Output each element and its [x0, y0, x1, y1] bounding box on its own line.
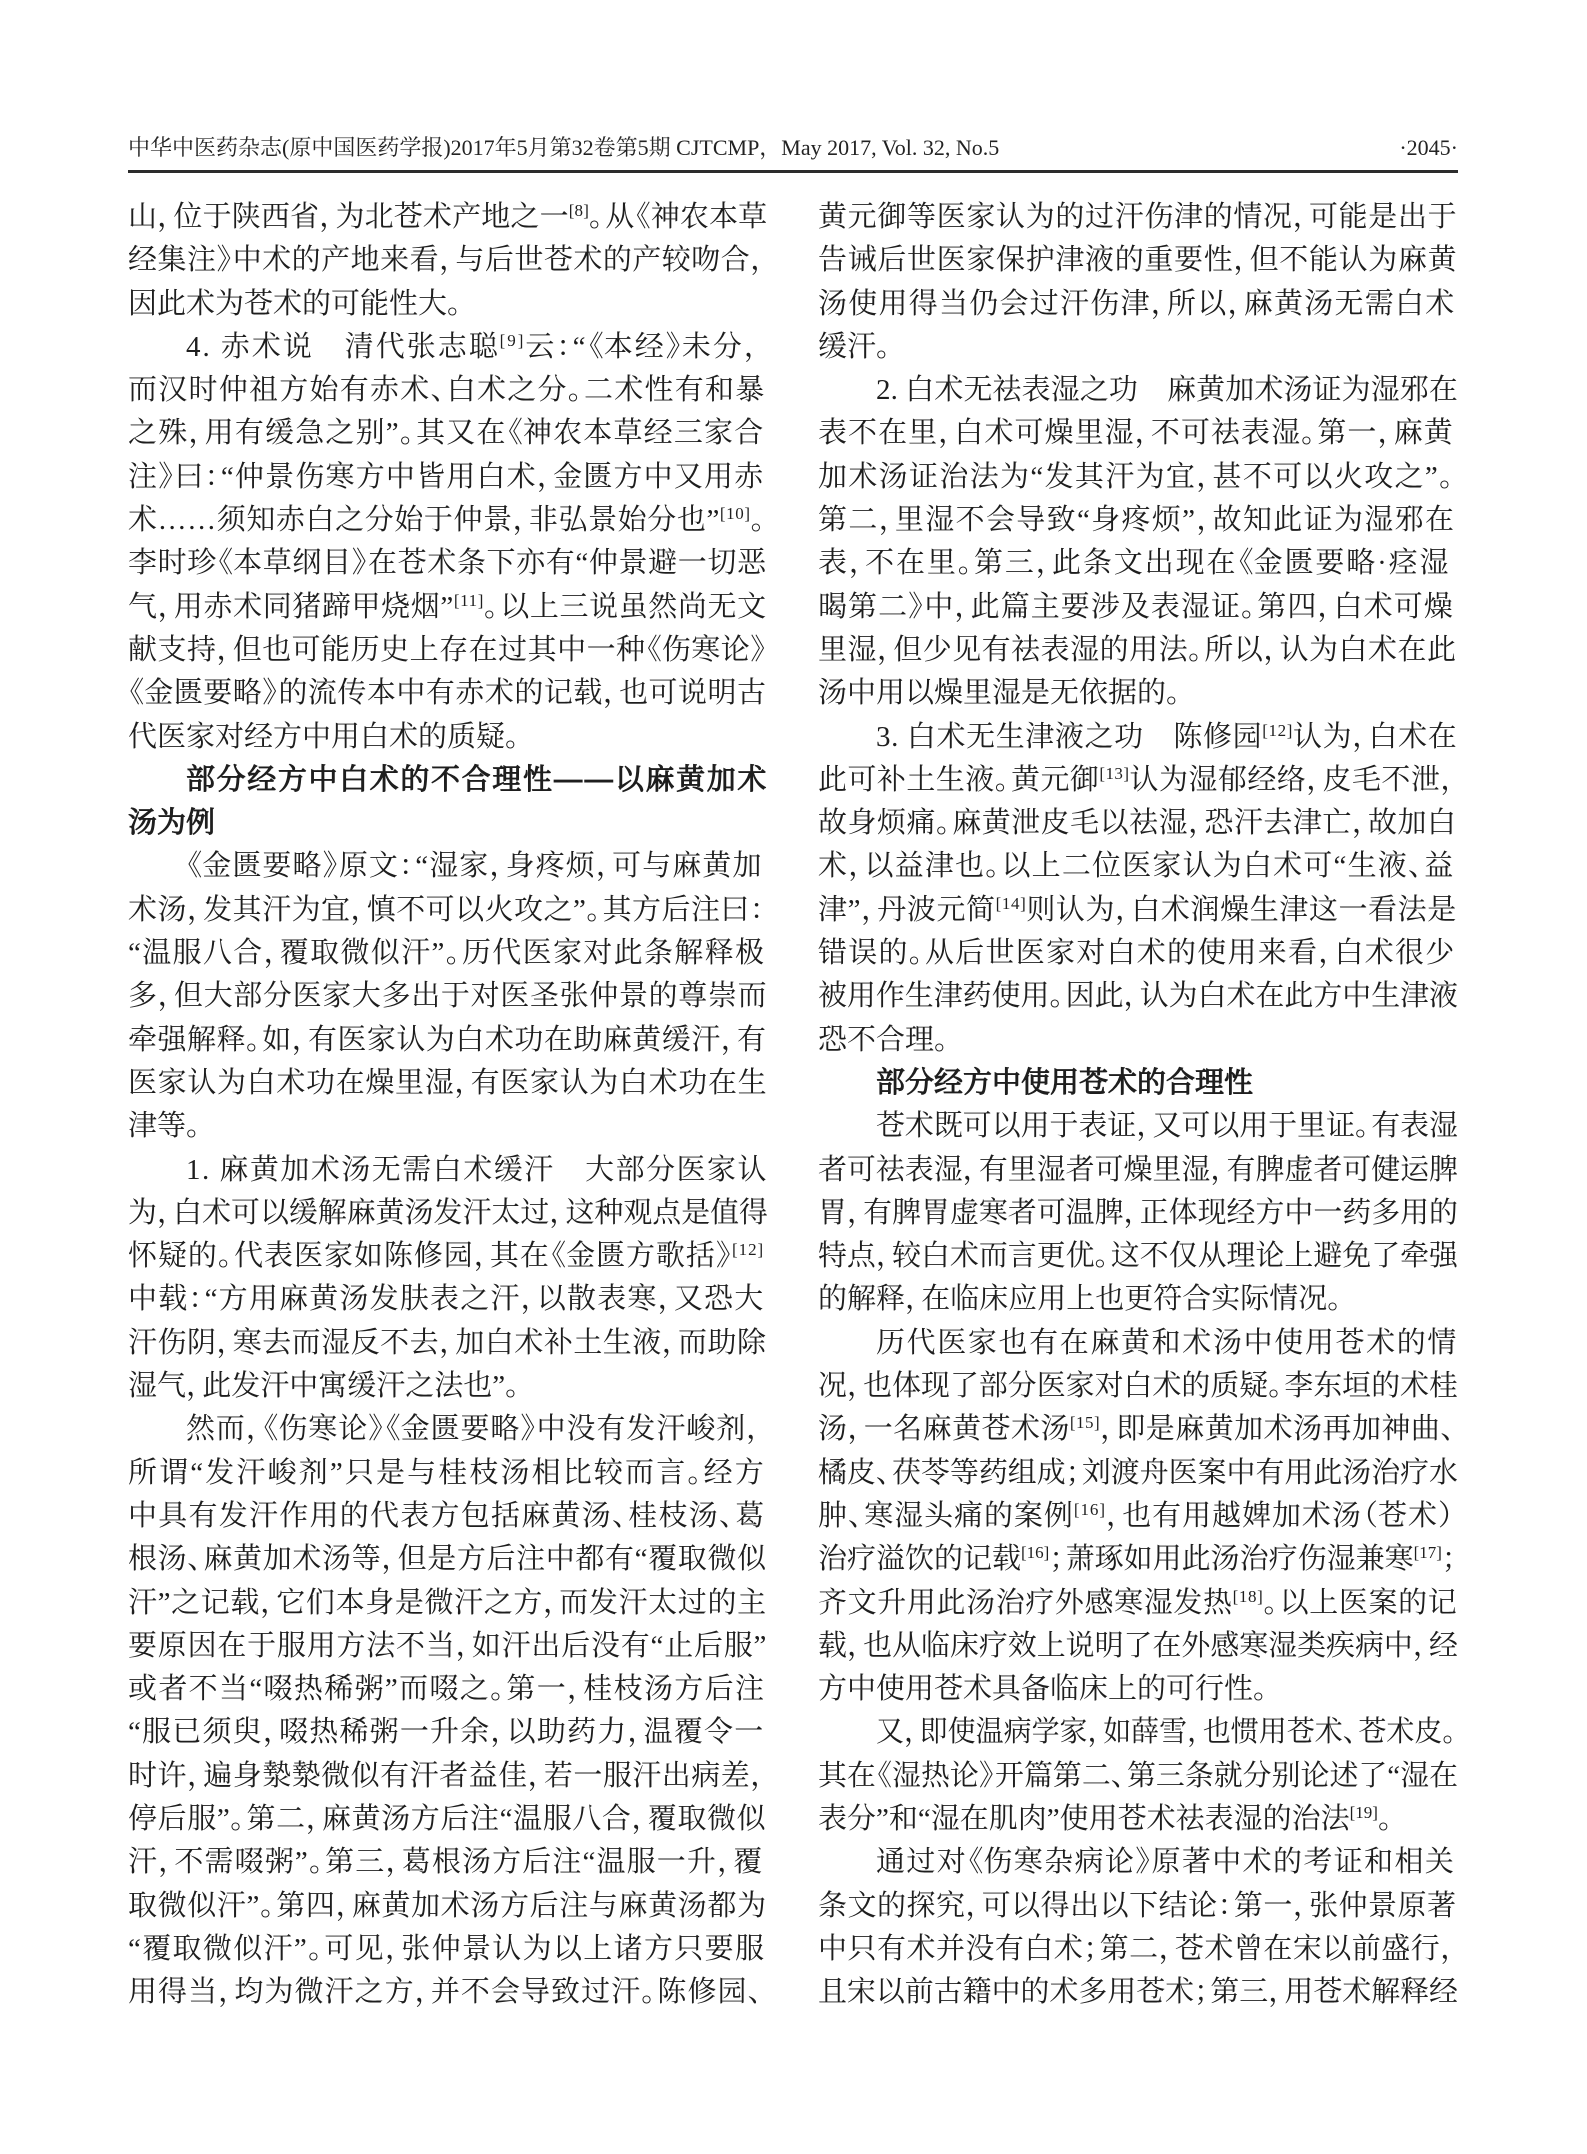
- text-line: 山，位于陕西省，为北苍术产地之一[8]。从《神农本草: [128, 196, 768, 239]
- text-line: 汤中用以燥里湿是无依据的。: [818, 672, 1458, 715]
- text-line: 汗，不需啜粥”。第三，葛根汤方后注“温服一升，覆: [128, 1841, 768, 1884]
- citation-superscript: [16]: [1074, 1500, 1106, 1519]
- text-line: 方中使用苍术具备临床上的可行性。: [818, 1668, 1458, 1711]
- text-line: 多，但大部分医家大多出于对医圣张仲景的尊崇而: [128, 975, 768, 1018]
- text-line: 停后服”。第二，麻黄汤方后注“温服八合，覆取微似: [128, 1798, 768, 1841]
- text-line: 汤使用得当仍会过汗伤津，所以，麻黄汤无需白术: [818, 283, 1458, 326]
- text-line: 怀疑的。代表医家如陈修园，其在《金匮方歌括》[12]: [128, 1235, 768, 1278]
- text-line: 《金匮要略》的流传本中有赤术的记载，也可说明古: [128, 672, 768, 715]
- text-line: 错误的。从后世医家对白术的使用来看，白术很少: [818, 932, 1458, 975]
- text-line: 代医家对经方中用白术的质疑。: [128, 716, 768, 759]
- text-line: 术汤，发其汗为宜，慎不可以火攻之”。其方后注曰：: [128, 889, 768, 932]
- text-line: 根汤、麻黄加术汤等，但是方后注中都有“覆取微似: [128, 1538, 768, 1581]
- text-line: 历代医家也有在麻黄和术汤中使用苍术的情: [818, 1322, 1458, 1365]
- journal-info: 中华中医药杂志(原中国医药学报)2017年5月第32卷第5期 CJTCMP，Ma…: [128, 131, 999, 162]
- text-line: 告诫后世医家保护津液的重要性，但不能认为麻黄: [818, 239, 1458, 282]
- text-line: 其在《湿热论》开篇第二、第三条就分别论述了“湿在: [818, 1755, 1458, 1798]
- text-line: 齐文升用此汤治疗外感寒湿发热[18]。以上医案的记: [818, 1582, 1458, 1625]
- text-line: 中只有术并没有白术；第二，苍术曾在宋以前盛行，: [818, 1928, 1458, 1971]
- section-heading-line: 部分经方中白术的不合理性——以麻黄加术: [128, 759, 768, 802]
- text-line: 注》曰：“仲景伤寒方中皆用白术，金匮方中又用赤: [128, 456, 768, 499]
- text-line: 通过对《伤寒杂病论》原著中术的考证和相关: [818, 1841, 1458, 1884]
- text-line: 术……须知赤白之分始于仲景，非弘景始分也”[10]。: [128, 499, 768, 542]
- text-line: 特点，较白术而言更优。这不仅从理论上避免了牵强: [818, 1235, 1458, 1278]
- text-line: 的解释，在临床应用上也更符合实际情况。: [818, 1278, 1458, 1321]
- text-line: 献支持，但也可能历史上存在过其中一种《伤寒论》: [128, 629, 768, 672]
- page-number: ·2045·: [1399, 135, 1458, 161]
- text-line: 治疗溢饮的记载[16]；萧琢如用此汤治疗伤湿兼寒[17]；: [818, 1538, 1458, 1581]
- text-line: 因此术为苍术的可能性大。: [128, 283, 768, 326]
- citation-superscript: [12]: [1262, 721, 1293, 740]
- text-line: 暍第二》中，此篇主要涉及表湿证。第四，白术可燥: [818, 586, 1458, 629]
- header-rule: [128, 170, 1458, 173]
- text-line: 医家认为白术功在燥里湿，有医家认为白术功在生: [128, 1062, 768, 1105]
- text-line: 李时珍《本草纲目》在苍术条下亦有“仲景避一切恶: [128, 542, 768, 585]
- text-line: 汤，一名麻黄苍术汤[15]，即是麻黄加术汤再加神曲、: [818, 1408, 1458, 1451]
- text-line: 又，即使温病学家，如薛雪，也惯用苍术、苍术皮。: [818, 1711, 1458, 1754]
- text-line: 术，以益津也。以上二位医家认为白术可“生液、益: [818, 845, 1458, 888]
- citation-superscript: [13]: [1099, 764, 1129, 783]
- text-line: 被用作生津药使用。因此，认为白术在此方中生津液: [818, 975, 1458, 1018]
- text-line: 为，白术可以缓解麻黄汤发汗太过，这种观点是值得: [128, 1192, 768, 1235]
- text-line: 故身烦痛。麻黄泄皮毛以祛湿，恐汗去津亡，故加白: [818, 802, 1458, 845]
- text-line: 1. 麻黄加术汤无需白术缓汗 大部分医家认: [128, 1149, 768, 1192]
- article-body: 山，位于陕西省，为北苍术产地之一[8]。从《神农本草经集注》中术的产地来看，与后…: [128, 196, 1458, 2014]
- text-line: 要原因在于服用方法不当，如汗出后没有“止后服”: [128, 1625, 768, 1668]
- text-line: 肿、寒湿头痛的案例[16]，也有用越婢加术汤（苍术）: [818, 1495, 1458, 1538]
- text-line: 载，也从临床疗效上说明了在外感寒湿类疾病中，经: [818, 1625, 1458, 1668]
- citation-superscript: [18]: [1233, 1587, 1264, 1606]
- text-line: 表不在里，白术可燥里湿，不可祛表湿。第一，麻黄: [818, 412, 1458, 455]
- text-line: 然而，《伤寒论》《金匮要略》中没有发汗峻剂，: [128, 1408, 768, 1451]
- text-line: 《金匮要略》原文：“湿家，身疼烦，可与麻黄加: [128, 845, 768, 888]
- text-line: “覆取微似汗”。可见，张仲景认为以上诸方只要服: [128, 1928, 768, 1971]
- citation-superscript: [19]: [1350, 1803, 1378, 1822]
- text-line: 用得当，均为微汗之方，并不会导致过汗。陈修园、: [128, 1971, 768, 2014]
- citation-superscript: [16]: [1021, 1543, 1049, 1562]
- text-line: 中载：“方用麻黄汤发肤表之汗，以散表寒，又恐大: [128, 1278, 768, 1321]
- text-line: 此可补土生液。黄元御[13]认为湿郁经络，皮毛不泄，: [818, 759, 1458, 802]
- text-line: 胃，有脾胃虚寒者可温脾，正体现经方中一药多用的: [818, 1192, 1458, 1235]
- text-line: 橘皮、茯苓等药组成；刘渡舟医案中有用此汤治疗水: [818, 1452, 1458, 1495]
- text-line: 牵强解释。如，有医家认为白术功在助麻黄缓汗，有: [128, 1019, 768, 1062]
- citation-superscript: [9]: [500, 331, 526, 350]
- text-line: 表，不在里。第三，此条文出现在《金匮要略·痉湿: [818, 542, 1458, 585]
- text-line: 津”，丹波元简[14]则认为，白术润燥生津这一看法是: [818, 889, 1458, 932]
- column-right: 黄元御等医家认为的过汗伤津的情况，可能是出于告诫后世医家保护津液的重要性，但不能…: [818, 196, 1458, 2014]
- citation-superscript: [11]: [454, 591, 484, 610]
- citation-superscript: [14]: [996, 894, 1027, 913]
- section-heading-line: 汤为例: [128, 802, 768, 845]
- text-line: 之殊，用有缓急之别”。其又在《神农本草经三家合: [128, 412, 768, 455]
- text-line: 所谓“发汗峻剂”只是与桂枝汤相比较而言。经方: [128, 1452, 768, 1495]
- text-line: 黄元御等医家认为的过汗伤津的情况，可能是出于: [818, 196, 1458, 239]
- text-line: 3. 白术无生津液之功 陈修园[12]认为，白术在: [818, 716, 1458, 759]
- column-left: 山，位于陕西省，为北苍术产地之一[8]。从《神农本草经集注》中术的产地来看，与后…: [128, 196, 768, 2014]
- citation-superscript: [10]: [720, 504, 751, 523]
- text-line: “服已须臾，啜热稀粥一升余，以助药力，温覆令一: [128, 1711, 768, 1754]
- page-header: 中华中医药杂志(原中国医药学报)2017年5月第32卷第5期 CJTCMP，Ma…: [128, 131, 1458, 162]
- citation-superscript: [17]: [1414, 1543, 1442, 1562]
- text-line: 中具有发汗作用的代表方包括麻黄汤、桂枝汤、葛: [128, 1495, 768, 1538]
- text-line: 经集注》中术的产地来看，与后世苍术的产较吻合，: [128, 239, 768, 282]
- text-line: “温服八合，覆取微似汗”。历代医家对此条解释极: [128, 932, 768, 975]
- text-line: 者可祛表湿，有里湿者可燥里湿，有脾虚者可健运脾: [818, 1149, 1458, 1192]
- text-line: 或者不当“啜热稀粥”而啜之。第一，桂枝汤方后注: [128, 1668, 768, 1711]
- text-line: 2. 白术无祛表湿之功 麻黄加术汤证为湿邪在: [818, 369, 1458, 412]
- text-line: 津等。: [128, 1105, 768, 1148]
- text-line: 4. 赤术说 清代张志聪[9]云：“《本经》未分，: [128, 326, 768, 369]
- text-line: 缓汗。: [818, 326, 1458, 369]
- journal-page: 中华中医药杂志(原中国医药学报)2017年5月第32卷第5期 CJTCMP，Ma…: [0, 0, 1587, 2154]
- text-line: 加术汤证治法为“发其汗为宜，甚不可以火攻之”。: [818, 456, 1458, 499]
- text-line: 汗”之记载，它们本身是微汗之方，而发汗太过的主: [128, 1582, 768, 1625]
- citation-superscript: [12]: [732, 1240, 764, 1259]
- text-line: 湿气，此发汗中寓缓汗之法也”。: [128, 1365, 768, 1408]
- text-line: 第二，里湿不会导致“身疼烦”，故知此证为湿邪在: [818, 499, 1458, 542]
- text-line: 而汉时仲祖方始有赤术、白术之分。二术性有和暴: [128, 369, 768, 412]
- text-line: 气，用赤术同猪蹄甲烧烟”[11]。以上三说虽然尚无文: [128, 586, 768, 629]
- text-line: 取微似汗”。第四，麻黄加术汤方后注与麻黄汤都为: [128, 1885, 768, 1928]
- text-line: 里湿，但少见有祛表湿的用法。所以，认为白术在此: [818, 629, 1458, 672]
- citation-superscript: [8]: [569, 201, 589, 220]
- text-line: 苍术既可以用于表证，又可以用于里证。有表湿: [818, 1105, 1458, 1148]
- text-line: 表分”和“湿在肌肉”使用苍术祛表湿的治法[19]。: [818, 1798, 1458, 1841]
- text-line: 且宋以前古籍中的术多用苍术；第三，用苍术解释经: [818, 1971, 1458, 2014]
- text-line: 条文的探究，可以得出以下结论：第一，张仲景原著: [818, 1885, 1458, 1928]
- citation-superscript: [15]: [1070, 1413, 1100, 1432]
- text-line: 汗伤阴，寒去而湿反不去，加白术补土生液，而助除: [128, 1322, 768, 1365]
- text-line: 况，也体现了部分医家对白术的质疑。李东垣的术桂: [818, 1365, 1458, 1408]
- text-line: 时许，遍身漐漐微似有汗者益佳，若一服汗出病差，: [128, 1755, 768, 1798]
- text-line: 恐不合理。: [818, 1019, 1458, 1062]
- section-heading-line: 部分经方中使用苍术的合理性: [818, 1062, 1458, 1105]
